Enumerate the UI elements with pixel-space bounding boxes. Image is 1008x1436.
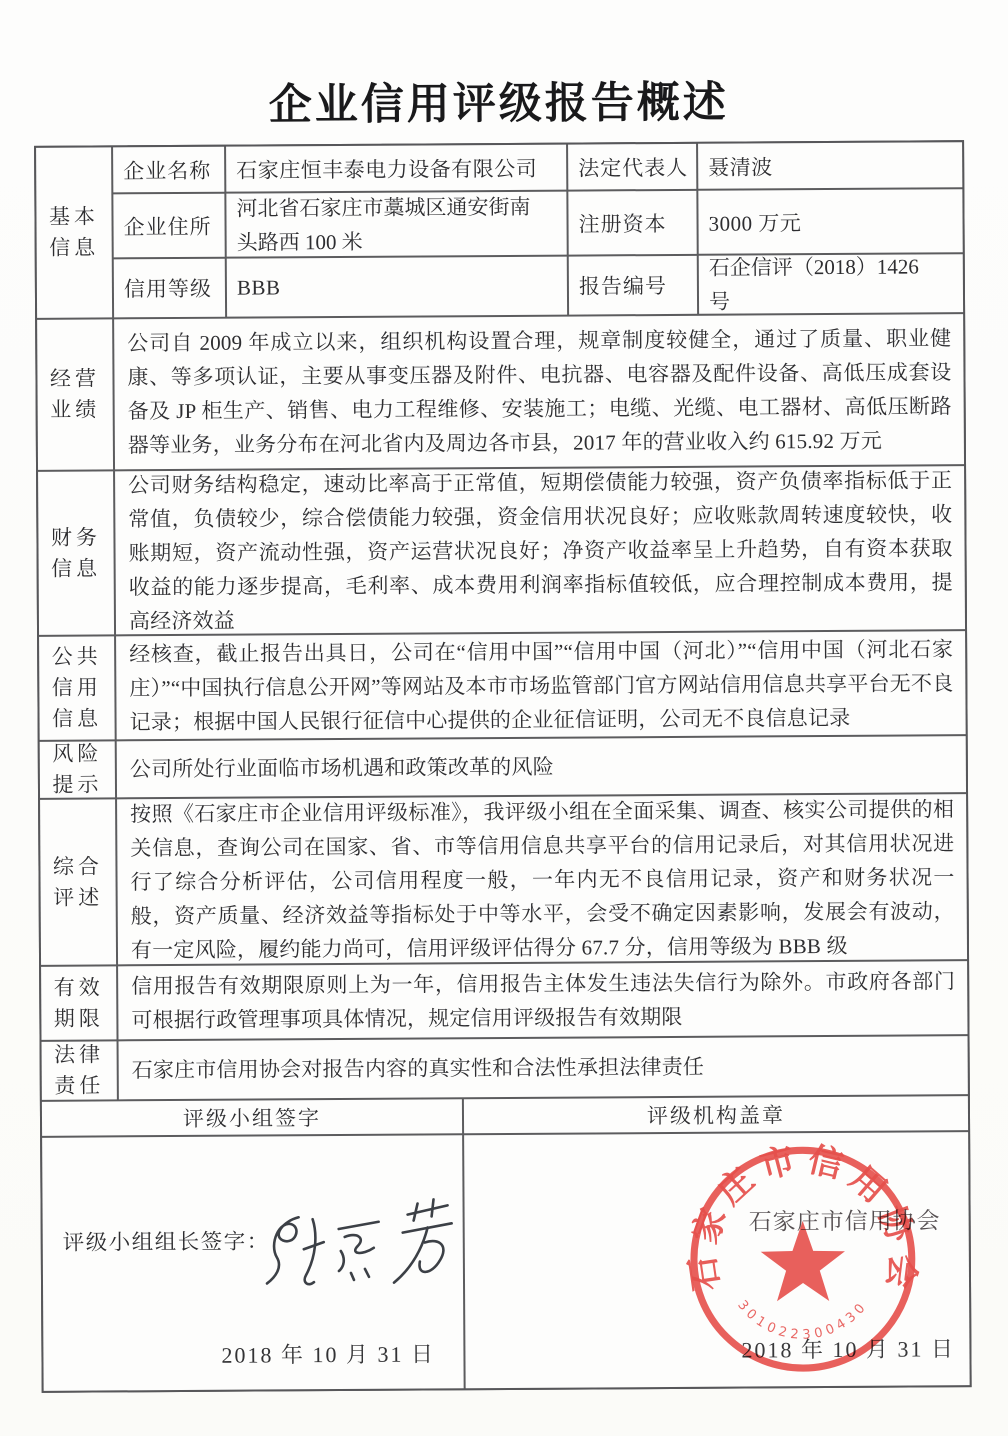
seal-code-text: 301022300430	[734, 1297, 870, 1343]
field-capital-label: 注册资本	[568, 191, 696, 255]
section-label-public-credit: 公共信用信息	[39, 636, 115, 739]
section-text-validity-period: 信用报告有效期限原则上为一年，信用报告主体发生违法失信行为除外。市政府各部门可根…	[118, 961, 967, 1039]
field-legal-rep-value: 聂清波	[698, 142, 962, 189]
signoff-left-header: 评级小组签字	[42, 1099, 462, 1136]
section-label-legal-liability: 法律责任	[42, 1041, 117, 1099]
field-report-no-value: 石企信评（2018）1426 号	[699, 254, 963, 314]
section-text-public-credit: 经核查，截止报告出具日，公司在“信用中国”“信用中国（河北）”“信用中国（河北石…	[116, 631, 966, 739]
credit-report-table: 基本信息 企业名称 石家庄恒丰泰电力设备有限公司 法定代表人 聂清波 企业住所 …	[34, 140, 972, 1393]
section-label-financial-info: 财务信息	[38, 471, 114, 634]
field-credit-grade-label: 信用等级	[114, 259, 225, 318]
field-capital-value: 3000 万元	[698, 189, 962, 254]
signoff-block: 评级小组签字 评级机构盖章 评级小组组长签字：	[42, 1096, 970, 1391]
field-report-no-label: 报告编号	[569, 256, 697, 315]
field-address-value: 河北省石家庄市藁城区通安街南头路西 100 米	[226, 192, 566, 257]
field-enterprise-name-label: 企业名称	[113, 147, 224, 193]
signoff-right-header: 评级机构盖章	[464, 1096, 968, 1133]
scanned-document-page: 企业信用评级报告概述 基本信息 企业名称 石家庄恒丰泰电力设备有限公司 法定代表…	[0, 0, 1008, 1436]
field-address-label: 企业住所	[113, 194, 224, 258]
section-text-overall-review: 按照《石家庄市企业信用评级标准》，我评级小组在全面采集、调查、核实公司提供的相关…	[117, 794, 967, 964]
section-label-validity-period: 有效期限	[41, 966, 116, 1039]
stamp-cell: 石家庄市信用协会 2018 年 10 月 31 日 石家庄市信用协会	[464, 1132, 970, 1388]
section-label-overall-review: 综合评述	[40, 799, 116, 964]
document-sheet: 企业信用评级报告概述 基本信息 企业名称 石家庄恒丰泰电力设备有限公司 法定代表…	[0, 0, 1008, 1436]
section-label-business-performance: 经营业绩	[37, 319, 113, 469]
section-label-risk-notice: 风险提示	[40, 741, 115, 797]
leader-signature-label: 评级小组组长签字：	[63, 1224, 270, 1256]
section-label-basic-info: 基本信息	[36, 147, 112, 317]
handwritten-signature	[260, 1191, 461, 1312]
page-title: 企业信用评级报告概述	[34, 67, 964, 134]
seal-star-icon	[760, 1221, 845, 1302]
field-legal-rep-label: 法定代表人	[568, 144, 696, 190]
svg-text:301022300430: 301022300430	[734, 1297, 870, 1343]
section-text-legal-liability: 石家庄市信用协会对报告内容的真实性和合法性承担法律责任	[119, 1036, 968, 1099]
left-date: 2018 年 10 月 31 日	[221, 1337, 435, 1369]
signature-cell: 评级小组组长签字：	[42, 1135, 464, 1391]
field-credit-grade-value: BBB	[227, 257, 567, 317]
official-seal-stamp: 石家庄市信用协会 301022300430	[680, 1136, 925, 1381]
section-text-financial-info: 公司财务结构稳定，速动比率高于正常值，短期偿债能力较强，资产负债率指标低于正常值…	[115, 466, 965, 634]
section-text-business-performance: 公司自 2009 年成立以来，组织机构设置合理，规章制度较健全，通过了质量、职业…	[114, 314, 964, 469]
